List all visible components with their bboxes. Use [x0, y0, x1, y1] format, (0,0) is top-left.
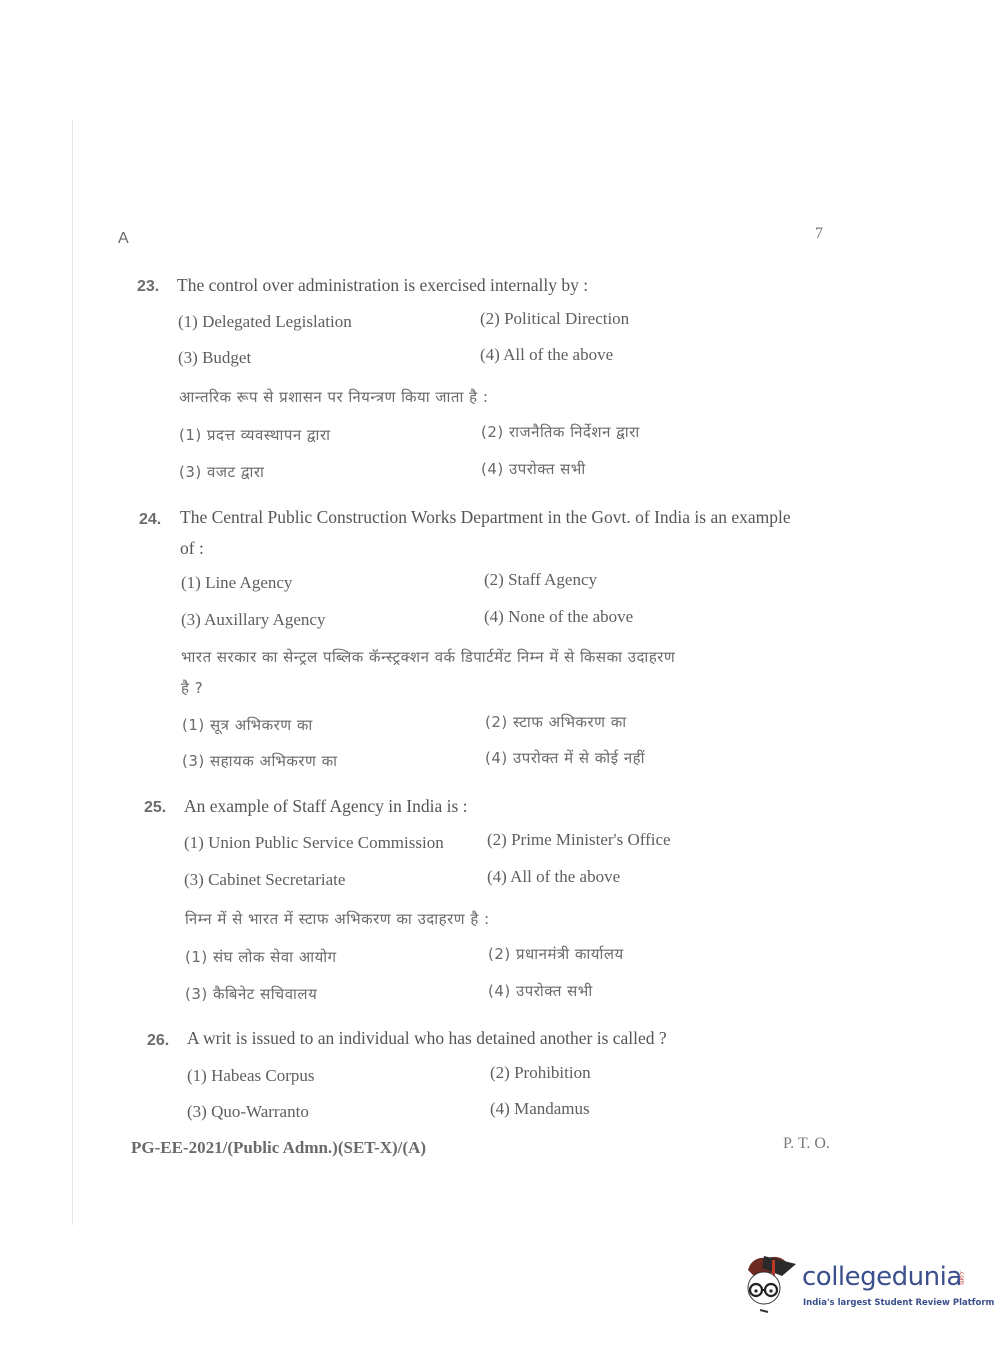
brand-tagline: India's largest Student Review Platform — [803, 1298, 994, 1308]
option-4-en: (4) Mandamus — [490, 1099, 590, 1119]
set-letter: A — [118, 230, 129, 248]
option-3-hi: (3) सहायक अभिकरण का — [182, 751, 338, 771]
option-3-hi: (3) वजट द्वारा — [179, 462, 264, 482]
option-1-en: (1) Union Public Service Commission — [184, 833, 444, 853]
option-3-en: (3) Budget — [178, 348, 251, 368]
option-2-en: (2) Staff Agency — [484, 570, 597, 590]
question-text-hi-line2: है ? — [181, 678, 203, 698]
question-text-hi: आन्तरिक रूप से प्रशासन पर नियन्त्रण किया… — [179, 387, 488, 407]
collegedunia-logo: collegedunia .com India's largest Studen… — [742, 1250, 972, 1320]
option-1-en: (1) Delegated Legislation — [178, 312, 352, 332]
option-4-en: (4) None of the above — [484, 607, 633, 627]
option-3-hi: (3) कैबिनेट सचिवालय — [185, 984, 317, 1004]
page-number: 7 — [815, 225, 823, 243]
option-2-en: (2) Political Direction — [480, 309, 629, 329]
question-number: 24. — [139, 511, 161, 529]
option-2-en: (2) Prohibition — [490, 1063, 591, 1083]
option-1-en: (1) Line Agency — [181, 573, 292, 593]
paper-code: PG-EE-2021/(Public Admn.)(SET-X)/(A) — [131, 1138, 426, 1158]
option-3-en: (3) Auxillary Agency — [181, 610, 325, 630]
question-text-en-line2: of : — [180, 533, 204, 564]
mascot-icon — [742, 1250, 798, 1316]
option-4-en: (4) All of the above — [480, 345, 613, 365]
question-text-en: An example of Staff Agency in India is : — [184, 791, 468, 822]
option-1-hi: (1) प्रदत्त व्यवस्थापन द्वारा — [179, 425, 330, 445]
option-4-en: (4) All of the above — [487, 867, 620, 887]
option-2-hi: (2) प्रधानमंत्री कार्यालय — [488, 944, 624, 964]
option-2-en: (2) Prime Minister's Office — [487, 830, 671, 850]
page-margin-line — [72, 120, 73, 1225]
option-1-en: (1) Habeas Corpus — [187, 1066, 314, 1086]
option-3-en: (3) Cabinet Secretariate — [184, 870, 345, 890]
question-text-hi: निम्न में से भारत में स्टाफ अभिकरण का उद… — [185, 909, 490, 929]
option-1-hi: (1) सूत्र अभिकरण का — [182, 715, 313, 735]
brand-name: collegedunia — [802, 1262, 962, 1292]
option-4-hi: (4) उपरोक्त सभी — [481, 459, 586, 479]
option-4-hi: (4) उपरोक्त में से कोई नहीं — [485, 748, 645, 768]
option-2-hi: (2) राजनैतिक निर्देशन द्वारा — [481, 422, 640, 442]
option-4-hi: (4) उपरोक्त सभी — [488, 981, 593, 1001]
question-text-en: A writ is issued to an individual who ha… — [187, 1023, 667, 1054]
question-text-hi-line1: भारत सरकार का सेन्ट्रल पब्लिक कॅन्स्ट्रक… — [181, 647, 675, 667]
option-1-hi: (1) संघ लोक सेवा आयोग — [185, 947, 337, 967]
option-3-en: (3) Quo-Warranto — [187, 1102, 309, 1122]
pto-label: P. T. O. — [783, 1135, 830, 1153]
question-number: 26. — [147, 1032, 169, 1050]
question-number: 25. — [144, 799, 166, 817]
question-text-en-line1: The Central Public Construction Works De… — [180, 502, 791, 533]
brand-domain: .com — [958, 1270, 965, 1285]
question-number: 23. — [137, 278, 159, 296]
question-text-en: The control over administration is exerc… — [177, 270, 588, 301]
option-2-hi: (2) स्टाफ अभिकरण का — [485, 712, 627, 732]
